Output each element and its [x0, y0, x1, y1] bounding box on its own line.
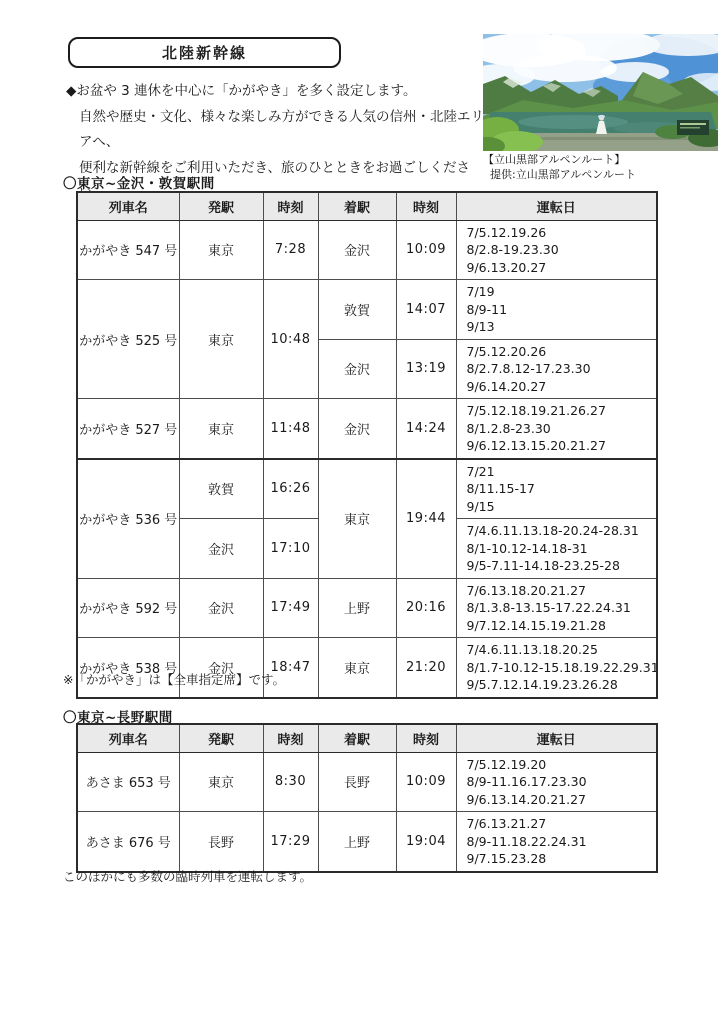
date-line: 8/1-10.12-14.18-31 — [467, 540, 653, 558]
date-line: 8/2.8-19.23.30 — [467, 241, 653, 259]
train-name-cell: かがやき 525 号 — [77, 280, 179, 399]
arrival-station-cell: 上野 — [318, 812, 396, 872]
departure-time-cell: 8:30 — [263, 752, 318, 812]
table-row: あさま 653 号 東京 8:30 長野 10:09 7/5.12.19.20 … — [77, 752, 657, 812]
arrival-time-cell: 13:19 — [396, 339, 456, 399]
operating-dates-cell: 7/4.6.11.13.18-20.24-28.31 8/1-10.12-14.… — [456, 519, 657, 579]
date-line: 9/15 — [467, 498, 653, 516]
date-line: 7/19 — [467, 283, 653, 301]
table-row: かがやき 536 号 敦賀 16:26 東京 19:44 7/21 8/11.1… — [77, 459, 657, 519]
table-row: あさま 676 号 長野 17:29 上野 19:04 7/6.13.21.27… — [77, 812, 657, 872]
table-row: かがやき 527 号 東京 11:48 金沢 14:24 7/5.12.18.1… — [77, 399, 657, 459]
operating-dates-cell: 7/4.6.11.13.18.20.25 8/1.7-10.12-15.18.1… — [456, 638, 657, 698]
alpine-route-photo-block: 【立山黒部アルペンルート】 提供:立山黒部アルペンルート — [483, 34, 719, 182]
date-line: 8/1.7-10.12-15.18.19.22.29.31 — [467, 659, 653, 677]
table-row: かがやき 525 号 東京 10:48 敦賀 14:07 7/19 8/9-11… — [77, 280, 657, 340]
departure-time-cell: 11:48 — [263, 399, 318, 459]
arrival-time-cell: 14:07 — [396, 280, 456, 340]
date-line: 7/5.12.20.26 — [467, 343, 653, 361]
arrival-time-cell: 10:09 — [396, 752, 456, 812]
train-name-cell: あさま 676 号 — [77, 812, 179, 872]
arrival-time-cell: 19:04 — [396, 812, 456, 872]
departure-time-cell: 18:47 — [263, 638, 318, 698]
departure-station-cell: 東京 — [179, 399, 263, 459]
arrival-time-cell: 10:09 — [396, 220, 456, 280]
date-line: 9/6.14.20.27 — [467, 378, 653, 396]
departure-station-cell: 敦賀 — [179, 459, 263, 519]
date-line: 7/5.12.18.19.21.26.27 — [467, 402, 653, 420]
date-line: 8/9-11 — [467, 301, 653, 319]
operating-dates-cell: 7/5.12.19.26 8/2.8-19.23.30 9/6.13.20.27 — [456, 220, 657, 280]
column-header-arrival-time: 時刻 — [396, 192, 456, 220]
operating-dates-cell: 7/19 8/9-11 9/13 — [456, 280, 657, 340]
date-line: 9/7.15.23.28 — [467, 850, 653, 868]
departure-time-cell: 17:10 — [263, 519, 318, 579]
departure-station-cell: 東京 — [179, 220, 263, 280]
date-line: 9/6.12.13.15.20.21.27 — [467, 437, 653, 455]
train-name-cell: かがやき 547 号 — [77, 220, 179, 280]
all-reserved-seats-footnote: ※「かがやき」は【全車指定席】です。 — [63, 670, 285, 688]
column-header-train-name: 列車名 — [77, 724, 179, 752]
arrival-time-cell: 14:24 — [396, 399, 456, 459]
column-header-arrival-station: 着駅 — [318, 724, 396, 752]
departure-station-cell: 金沢 — [179, 578, 263, 638]
timetable-tokyo-nagano: 列車名 発駅 時刻 着駅 時刻 運転日 あさま 653 号 東京 8:30 長野… — [76, 723, 658, 873]
departure-station-cell: 金沢 — [179, 638, 263, 698]
arrival-time-cell: 19:44 — [396, 459, 456, 579]
operating-dates-cell: 7/21 8/11.15-17 9/15 — [456, 459, 657, 519]
operating-dates-cell: 7/5.12.20.26 8/2.7.8.12-17.23.30 9/6.14.… — [456, 339, 657, 399]
column-header-arrival-station: 着駅 — [318, 192, 396, 220]
date-line: 8/1.2.8-23.30 — [467, 420, 653, 438]
additional-trains-footnote: このほかにも多数の臨時列車を運転します。 — [63, 867, 312, 885]
page-title: 北陸新幹線 — [68, 37, 341, 68]
date-line: 7/21 — [467, 463, 653, 481]
departure-time-cell: 17:29 — [263, 812, 318, 872]
arrival-station-cell: 上野 — [318, 578, 396, 638]
arrival-time-cell: 20:16 — [396, 578, 456, 638]
train-name-cell: あさま 653 号 — [77, 752, 179, 812]
date-line: 8/1.3.8-13.15-17.22.24.31 — [467, 599, 653, 617]
departure-time-cell: 17:49 — [263, 578, 318, 638]
arrival-station-cell: 長野 — [318, 752, 396, 812]
table-row: かがやき 547 号 東京 7:28 金沢 10:09 7/5.12.19.26… — [77, 220, 657, 280]
train-name-cell: かがやき 592 号 — [77, 578, 179, 638]
date-line: 9/5-7.11-14.18-23.25-28 — [467, 557, 653, 575]
arrival-station-cell: 金沢 — [318, 399, 396, 459]
column-header-train-name: 列車名 — [77, 192, 179, 220]
timetable-document-page: 北陸新幹線 — [0, 0, 724, 1024]
arrival-station-cell: 東京 — [318, 638, 396, 698]
column-header-operating-days: 運転日 — [456, 192, 657, 220]
date-line: 8/11.15-17 — [467, 480, 653, 498]
operating-dates-cell: 7/5.12.18.19.21.26.27 8/1.2.8-23.30 9/6.… — [456, 399, 657, 459]
date-line: 9/13 — [467, 318, 653, 336]
date-line: 9/6.13.20.27 — [467, 259, 653, 277]
departure-station-cell: 東京 — [179, 752, 263, 812]
table-row: かがやき 538 号 金沢 18:47 東京 21:20 7/4.6.11.13… — [77, 638, 657, 698]
date-line: 9/6.13.14.20.21.27 — [467, 791, 653, 809]
date-line: 7/4.6.11.13.18-20.24-28.31 — [467, 522, 653, 540]
table-row: かがやき 592 号 金沢 17:49 上野 20:16 7/6.13.18.2… — [77, 578, 657, 638]
train-name-cell: かがやき 538 号 — [77, 638, 179, 698]
arrival-time-cell: 21:20 — [396, 638, 456, 698]
departure-station-cell: 長野 — [179, 812, 263, 872]
date-line: 8/9-11.16.17.23.30 — [467, 773, 653, 791]
date-line: 7/6.13.21.27 — [467, 815, 653, 833]
date-line: 7/4.6.11.13.18.20.25 — [467, 641, 653, 659]
column-header-departure-station: 発駅 — [179, 724, 263, 752]
alpine-route-photo — [483, 34, 718, 151]
arrival-station-cell: 敦賀 — [318, 280, 396, 340]
date-line: 8/9-11.18.22.24.31 — [467, 833, 653, 851]
departure-time-cell: 10:48 — [263, 280, 318, 399]
photo-caption-title: 【立山黒部アルペンルート】 — [483, 153, 719, 168]
date-line: 9/5.7.12.14.19.23.26.28 — [467, 676, 653, 694]
arrival-station-cell: 東京 — [318, 459, 396, 579]
column-header-departure-time: 時刻 — [263, 724, 318, 752]
arrival-station-cell: 金沢 — [318, 339, 396, 399]
departure-station-cell: 金沢 — [179, 519, 263, 579]
table-header-row: 列車名 発駅 時刻 着駅 時刻 運転日 — [77, 724, 657, 752]
intro-line: 自然や歴史・文化、様々な楽しみ方ができる人気の信州・北陸エリアへ、 — [66, 105, 486, 156]
date-line: 7/5.12.19.20 — [467, 756, 653, 774]
page-title-text: 北陸新幹線 — [162, 42, 247, 63]
arrival-station-cell: 金沢 — [318, 220, 396, 280]
train-name-cell: かがやき 536 号 — [77, 459, 179, 579]
column-header-departure-time: 時刻 — [263, 192, 318, 220]
timetable-tokyo-kanazawa-tsuruga: 列車名 発駅 時刻 着駅 時刻 運転日 かがやき 547 号 東京 7:28 金… — [76, 191, 658, 699]
column-header-arrival-time: 時刻 — [396, 724, 456, 752]
column-header-operating-days: 運転日 — [456, 724, 657, 752]
date-line: 7/6.13.18.20.21.27 — [467, 582, 653, 600]
operating-dates-cell: 7/5.12.19.20 8/9-11.16.17.23.30 9/6.13.1… — [456, 752, 657, 812]
departure-station-cell: 東京 — [179, 280, 263, 399]
table-header-row: 列車名 発駅 時刻 着駅 時刻 運転日 — [77, 192, 657, 220]
column-header-departure-station: 発駅 — [179, 192, 263, 220]
section-title-tokyo-kanazawa-tsuruga: 〇東京~金沢・敦賀駅間 — [63, 172, 215, 192]
operating-dates-cell: 7/6.13.18.20.21.27 8/1.3.8-13.15-17.22.2… — [456, 578, 657, 638]
intro-line: ◆お盆や 3 連休を中心に「かがやき」を多く設定します。 — [66, 79, 486, 105]
date-line: 7/5.12.19.26 — [467, 224, 653, 242]
date-line: 9/7.12.14.15.19.21.28 — [467, 617, 653, 635]
departure-time-cell: 16:26 — [263, 459, 318, 519]
photo-caption-credit: 提供:立山黒部アルペンルート — [483, 168, 719, 183]
operating-dates-cell: 7/6.13.21.27 8/9-11.18.22.24.31 9/7.15.2… — [456, 812, 657, 872]
departure-time-cell: 7:28 — [263, 220, 318, 280]
date-line: 8/2.7.8.12-17.23.30 — [467, 360, 653, 378]
train-name-cell: かがやき 527 号 — [77, 399, 179, 459]
